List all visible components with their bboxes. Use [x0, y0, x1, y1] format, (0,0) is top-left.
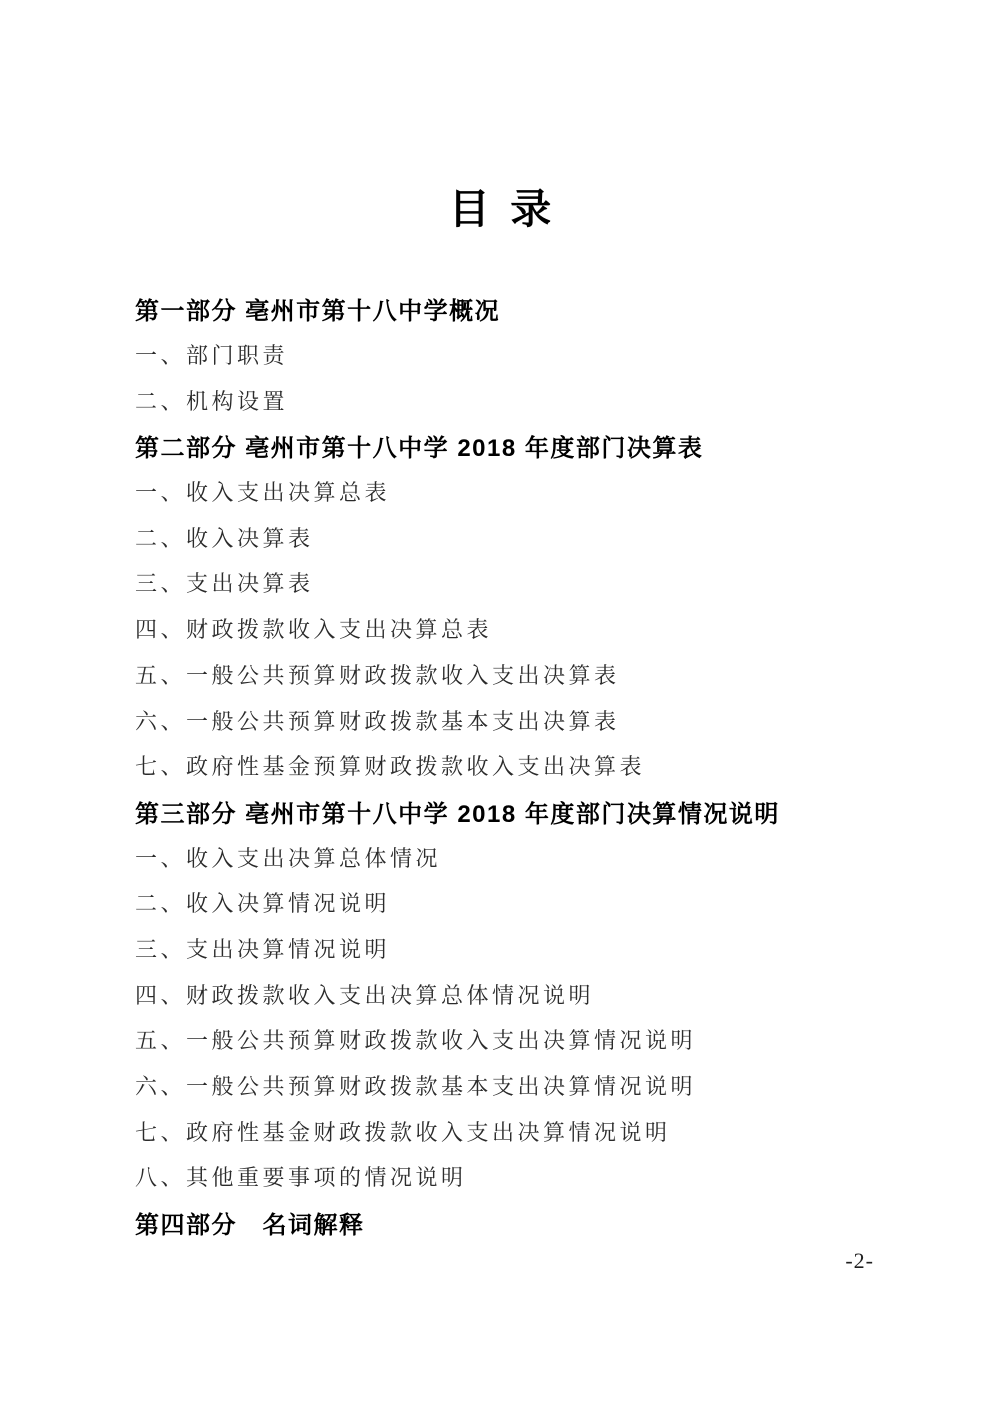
toc-item: 一、部门职责: [135, 339, 288, 370]
toc-item: 二、收入决算表: [135, 522, 314, 553]
toc-item: 三、支出决算情况说明: [135, 933, 390, 964]
toc-row: 四、财政拨款收入支出决算总表: [135, 606, 930, 652]
document-page: 目 录 第一部分 亳州市第十八中学概况 一、部门职责 二、机构设置 第二部分 亳…: [0, 0, 1000, 1413]
toc-item: 八、其他重要事项的情况说明: [135, 1161, 467, 1192]
toc-row: 二、机构设置: [135, 377, 930, 423]
toc-section-2: 第二部分 亳州市第十八中学 2018 年度部门决算表: [135, 423, 930, 469]
toc-row: 七、政府性基金财政拨款收入支出决算情况说明: [135, 1108, 930, 1154]
toc-row: 八、其他重要事项的情况说明: [135, 1154, 930, 1200]
toc-item: 七、政府性基金财政拨款收入支出决算情况说明: [135, 1116, 671, 1147]
toc-item: 六、一般公共预算财政拨款基本支出决算情况说明: [135, 1070, 696, 1101]
table-of-contents: 第一部分 亳州市第十八中学概况 一、部门职责 二、机构设置 第二部分 亳州市第十…: [135, 286, 930, 1245]
toc-row: 一、部门职责: [135, 332, 930, 378]
toc-item: 一、收入支出决算总体情况: [135, 842, 441, 873]
toc-section-heading: 第三部分 亳州市第十八中学 2018 年度部门决算情况说明: [135, 794, 780, 829]
toc-row: 六、一般公共预算财政拨款基本支出决算表: [135, 697, 930, 743]
toc-row: 三、支出决算情况说明: [135, 926, 930, 972]
toc-item: 四、财政拨款收入支出决算总表: [135, 613, 492, 644]
toc-section-heading: 第四部分 名词解释: [135, 1205, 365, 1240]
toc-row: 六、一般公共预算财政拨款基本支出决算情况说明: [135, 1063, 930, 1109]
toc-section-heading: 第二部分 亳州市第十八中学 2018 年度部门决算表: [135, 428, 703, 463]
toc-item: 五、一般公共预算财政拨款收入支出决算情况说明: [135, 1024, 696, 1055]
toc-section-3: 第三部分 亳州市第十八中学 2018 年度部门决算情况说明: [135, 789, 930, 835]
toc-row: 七、政府性基金预算财政拨款收入支出决算表: [135, 743, 930, 789]
toc-row: 一、收入支出决算总表: [135, 469, 930, 515]
toc-row: 二、收入决算情况说明: [135, 880, 930, 926]
toc-row: 三、支出决算表: [135, 560, 930, 606]
toc-row: 二、收入决算表: [135, 514, 930, 560]
toc-section-4: 第四部分 名词解释: [135, 1200, 930, 1246]
toc-item: 二、收入决算情况说明: [135, 887, 390, 918]
toc-item: 四、财政拨款收入支出决算总体情况说明: [135, 979, 594, 1010]
toc-item: 三、支出决算表: [135, 567, 314, 598]
toc-row: 一、收入支出决算总体情况: [135, 834, 930, 880]
toc-section-heading: 第一部分 亳州市第十八中学概况: [135, 291, 500, 326]
toc-item: 五、一般公共预算财政拨款收入支出决算表: [135, 659, 620, 690]
page-title: 目 录: [0, 176, 1000, 235]
toc-item: 六、一般公共预算财政拨款基本支出决算表: [135, 705, 620, 736]
toc-item: 七、政府性基金预算财政拨款收入支出决算表: [135, 750, 645, 781]
toc-item: 一、收入支出决算总表: [135, 476, 390, 507]
toc-row: 四、财政拨款收入支出决算总体情况说明: [135, 971, 930, 1017]
toc-row: 五、一般公共预算财政拨款收入支出决算情况说明: [135, 1017, 930, 1063]
toc-section-1: 第一部分 亳州市第十八中学概况: [135, 286, 930, 332]
page-number: -2-: [845, 1248, 874, 1274]
toc-item: 二、机构设置: [135, 385, 288, 416]
toc-row: 五、一般公共预算财政拨款收入支出决算表: [135, 652, 930, 698]
